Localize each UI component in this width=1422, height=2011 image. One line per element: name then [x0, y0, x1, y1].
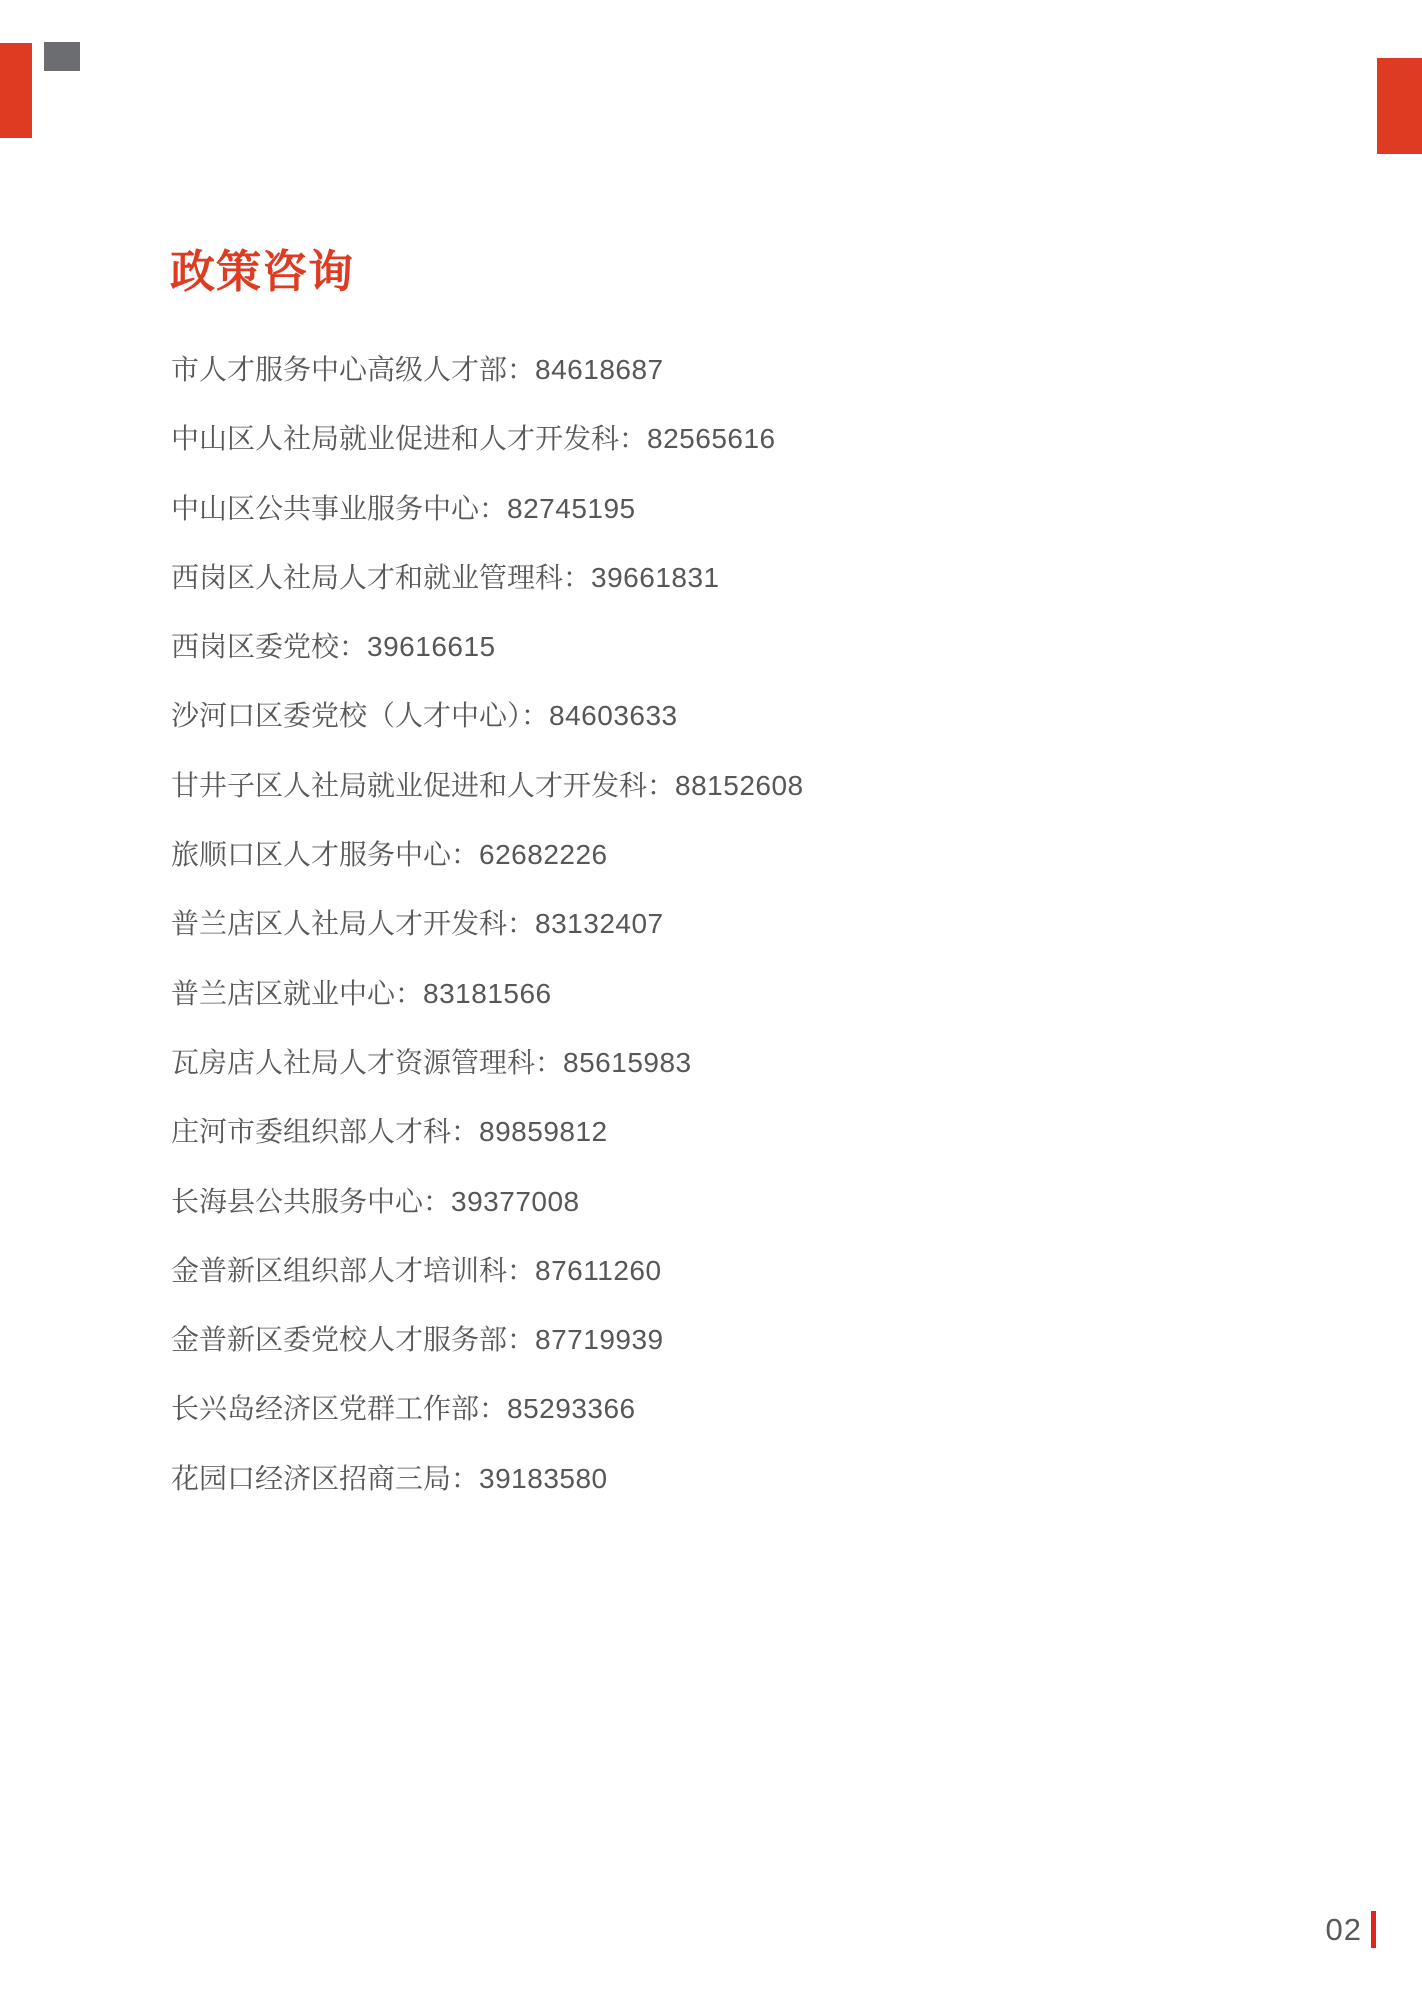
contact-phone: 62682226: [479, 839, 608, 870]
contact-phone: 88152608: [675, 770, 804, 801]
contact-label: 普兰店区人社局人才开发科: [171, 908, 507, 939]
contact-colon: ：: [507, 1255, 535, 1286]
contact-line: 庄河市委组织部人才科：89859812: [171, 1097, 804, 1166]
contact-colon: ：: [451, 1463, 479, 1494]
contact-label: 花园口经济区招商三局: [171, 1463, 451, 1494]
contact-line: 长兴岛经济区党群工作部：85293366: [171, 1374, 804, 1443]
contact-label: 旅顺口区人才服务中心: [171, 839, 451, 870]
contact-label: 西岗区委党校: [171, 631, 339, 662]
contact-phone: 82565616: [647, 423, 776, 454]
contact-line: 沙河口区委党校（人才中心）：84603633: [171, 681, 804, 750]
contact-line: 中山区人社局就业促进和人才开发科：82565616: [171, 404, 804, 473]
top-right-red-block: [1377, 58, 1422, 154]
contact-label: 庄河市委组织部人才科: [171, 1116, 451, 1147]
contact-phone: 39661831: [591, 562, 720, 593]
contact-line: 西岗区人社局人才和就业管理科：39661831: [171, 543, 804, 612]
contact-colon: ：: [423, 1186, 451, 1217]
contact-label: 沙河口区委党校（人才中心）: [171, 700, 521, 731]
contact-phone: 83181566: [423, 978, 552, 1009]
contact-colon: ：: [507, 354, 535, 385]
contact-colon: ：: [451, 839, 479, 870]
contact-label: 金普新区委党校人才服务部: [171, 1324, 507, 1355]
top-left-gray-block: [44, 42, 80, 71]
contact-phone: 85293366: [507, 1393, 636, 1424]
contact-colon: ：: [479, 1393, 507, 1424]
contact-colon: ：: [507, 908, 535, 939]
contact-label: 中山区公共事业服务中心: [171, 493, 479, 524]
contact-phone: 89859812: [479, 1116, 608, 1147]
contact-phone: 84603633: [549, 700, 678, 731]
contact-phone: 85615983: [563, 1047, 692, 1078]
contact-label: 西岗区人社局人才和就业管理科: [171, 562, 563, 593]
contact-line: 普兰店区就业中心：83181566: [171, 959, 804, 1028]
contact-label: 市人才服务中心高级人才部: [171, 354, 507, 385]
contact-label: 金普新区组织部人才培训科: [171, 1255, 507, 1286]
contact-line: 甘井子区人社局就业促进和人才开发科：88152608: [171, 751, 804, 820]
contact-phone: 83132407: [535, 908, 664, 939]
contact-phone: 39616615: [367, 631, 496, 662]
contact-colon: ：: [507, 1324, 535, 1355]
page-title: 政策咨询: [170, 248, 354, 296]
contact-phone: 39377008: [451, 1186, 580, 1217]
contact-phone: 84618687: [535, 354, 664, 385]
contact-list: 市人才服务中心高级人才部：84618687 中山区人社局就业促进和人才开发科：8…: [171, 335, 804, 1513]
contact-label: 中山区人社局就业促进和人才开发科: [171, 423, 619, 454]
contact-line: 瓦房店人社局人才资源管理科：85615983: [171, 1028, 804, 1097]
contact-colon: ：: [451, 1116, 479, 1147]
top-left-red-block: [0, 43, 32, 138]
contact-label: 长海县公共服务中心: [171, 1186, 423, 1217]
contact-colon: ：: [563, 562, 591, 593]
contact-line: 中山区公共事业服务中心：82745195: [171, 474, 804, 543]
contact-phone: 82745195: [507, 493, 636, 524]
contact-colon: ：: [521, 700, 549, 731]
contact-line: 长海县公共服务中心：39377008: [171, 1167, 804, 1236]
contact-colon: ：: [339, 631, 367, 662]
contact-colon: ：: [479, 493, 507, 524]
page-number-red-bar: [1371, 1911, 1376, 1948]
contact-line: 西岗区委党校：39616615: [171, 612, 804, 681]
contact-colon: ：: [535, 1047, 563, 1078]
contact-line: 金普新区委党校人才服务部：87719939: [171, 1305, 804, 1374]
contact-line: 普兰店区人社局人才开发科：83132407: [171, 889, 804, 958]
contact-colon: ：: [619, 423, 647, 454]
page-footer: 02: [1326, 1911, 1376, 1948]
page-number: 02: [1326, 1911, 1362, 1948]
contact-label: 瓦房店人社局人才资源管理科: [171, 1047, 535, 1078]
contact-label: 普兰店区就业中心: [171, 978, 395, 1009]
contact-line: 市人才服务中心高级人才部：84618687: [171, 335, 804, 404]
contact-line: 金普新区组织部人才培训科：87611260: [171, 1236, 804, 1305]
contact-label: 甘井子区人社局就业促进和人才开发科: [171, 770, 647, 801]
contact-colon: ：: [647, 770, 675, 801]
contact-line: 花园口经济区招商三局：39183580: [171, 1444, 804, 1513]
contact-phone: 39183580: [479, 1463, 608, 1494]
contact-line: 旅顺口区人才服务中心：62682226: [171, 820, 804, 889]
contact-label: 长兴岛经济区党群工作部: [171, 1393, 479, 1424]
contact-colon: ：: [395, 978, 423, 1009]
contact-phone: 87719939: [535, 1324, 664, 1355]
contact-phone: 87611260: [535, 1255, 662, 1286]
